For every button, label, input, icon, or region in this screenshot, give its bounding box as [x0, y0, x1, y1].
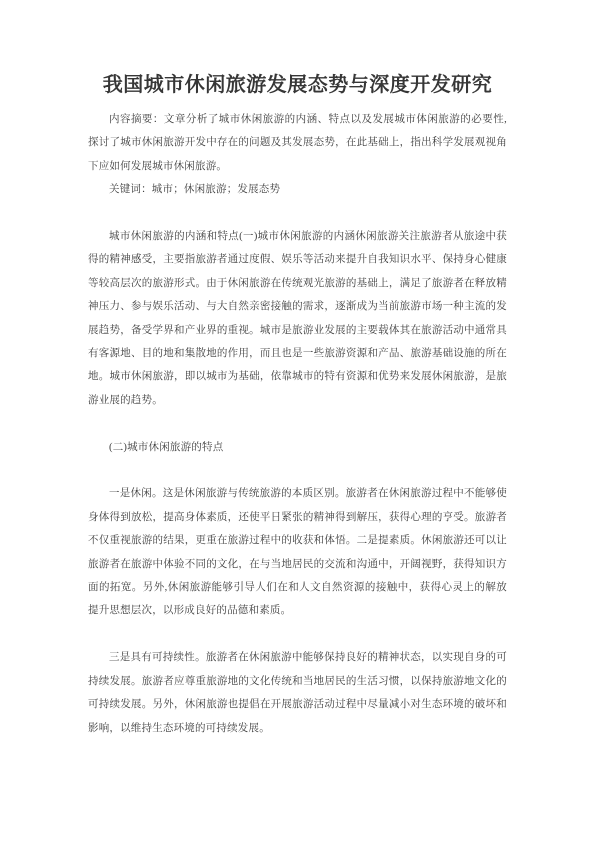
body-paragraph-leisure-quality: 一是休闲。这是休闲旅游与传统旅游的本质区别。旅游者在休闲旅游过程中不能够使身体得…	[88, 482, 507, 622]
keywords-line: 关键词：城市；休闲旅游；发展态势	[88, 178, 507, 201]
body-paragraph-connotation: 城市休闲旅游的内涵和特点(一)城市休闲旅游的内涵休闲旅游关注旅游者从旅途中获得的…	[88, 225, 507, 412]
body-paragraph-sustainability: 三是具有可持续性。旅游者在休闲旅游中能够保持良好的精神状态，以实现自身的可持续发…	[88, 646, 507, 740]
abstract-paragraph: 内容摘要：文章分析了城市休闲旅游的内涵、特点以及发展城市体闲旅游的必要性,探讨了…	[88, 108, 507, 178]
document-page: 我国城市休闲旅游发展态势与深度开发研究 内容摘要：文章分析了城市休闲旅游的内涵、…	[0, 0, 595, 842]
page-title: 我国城市休闲旅游发展态势与深度开发研究	[88, 70, 507, 100]
section-heading-characteristics: (二)城市休闲旅游的特点	[88, 436, 507, 459]
